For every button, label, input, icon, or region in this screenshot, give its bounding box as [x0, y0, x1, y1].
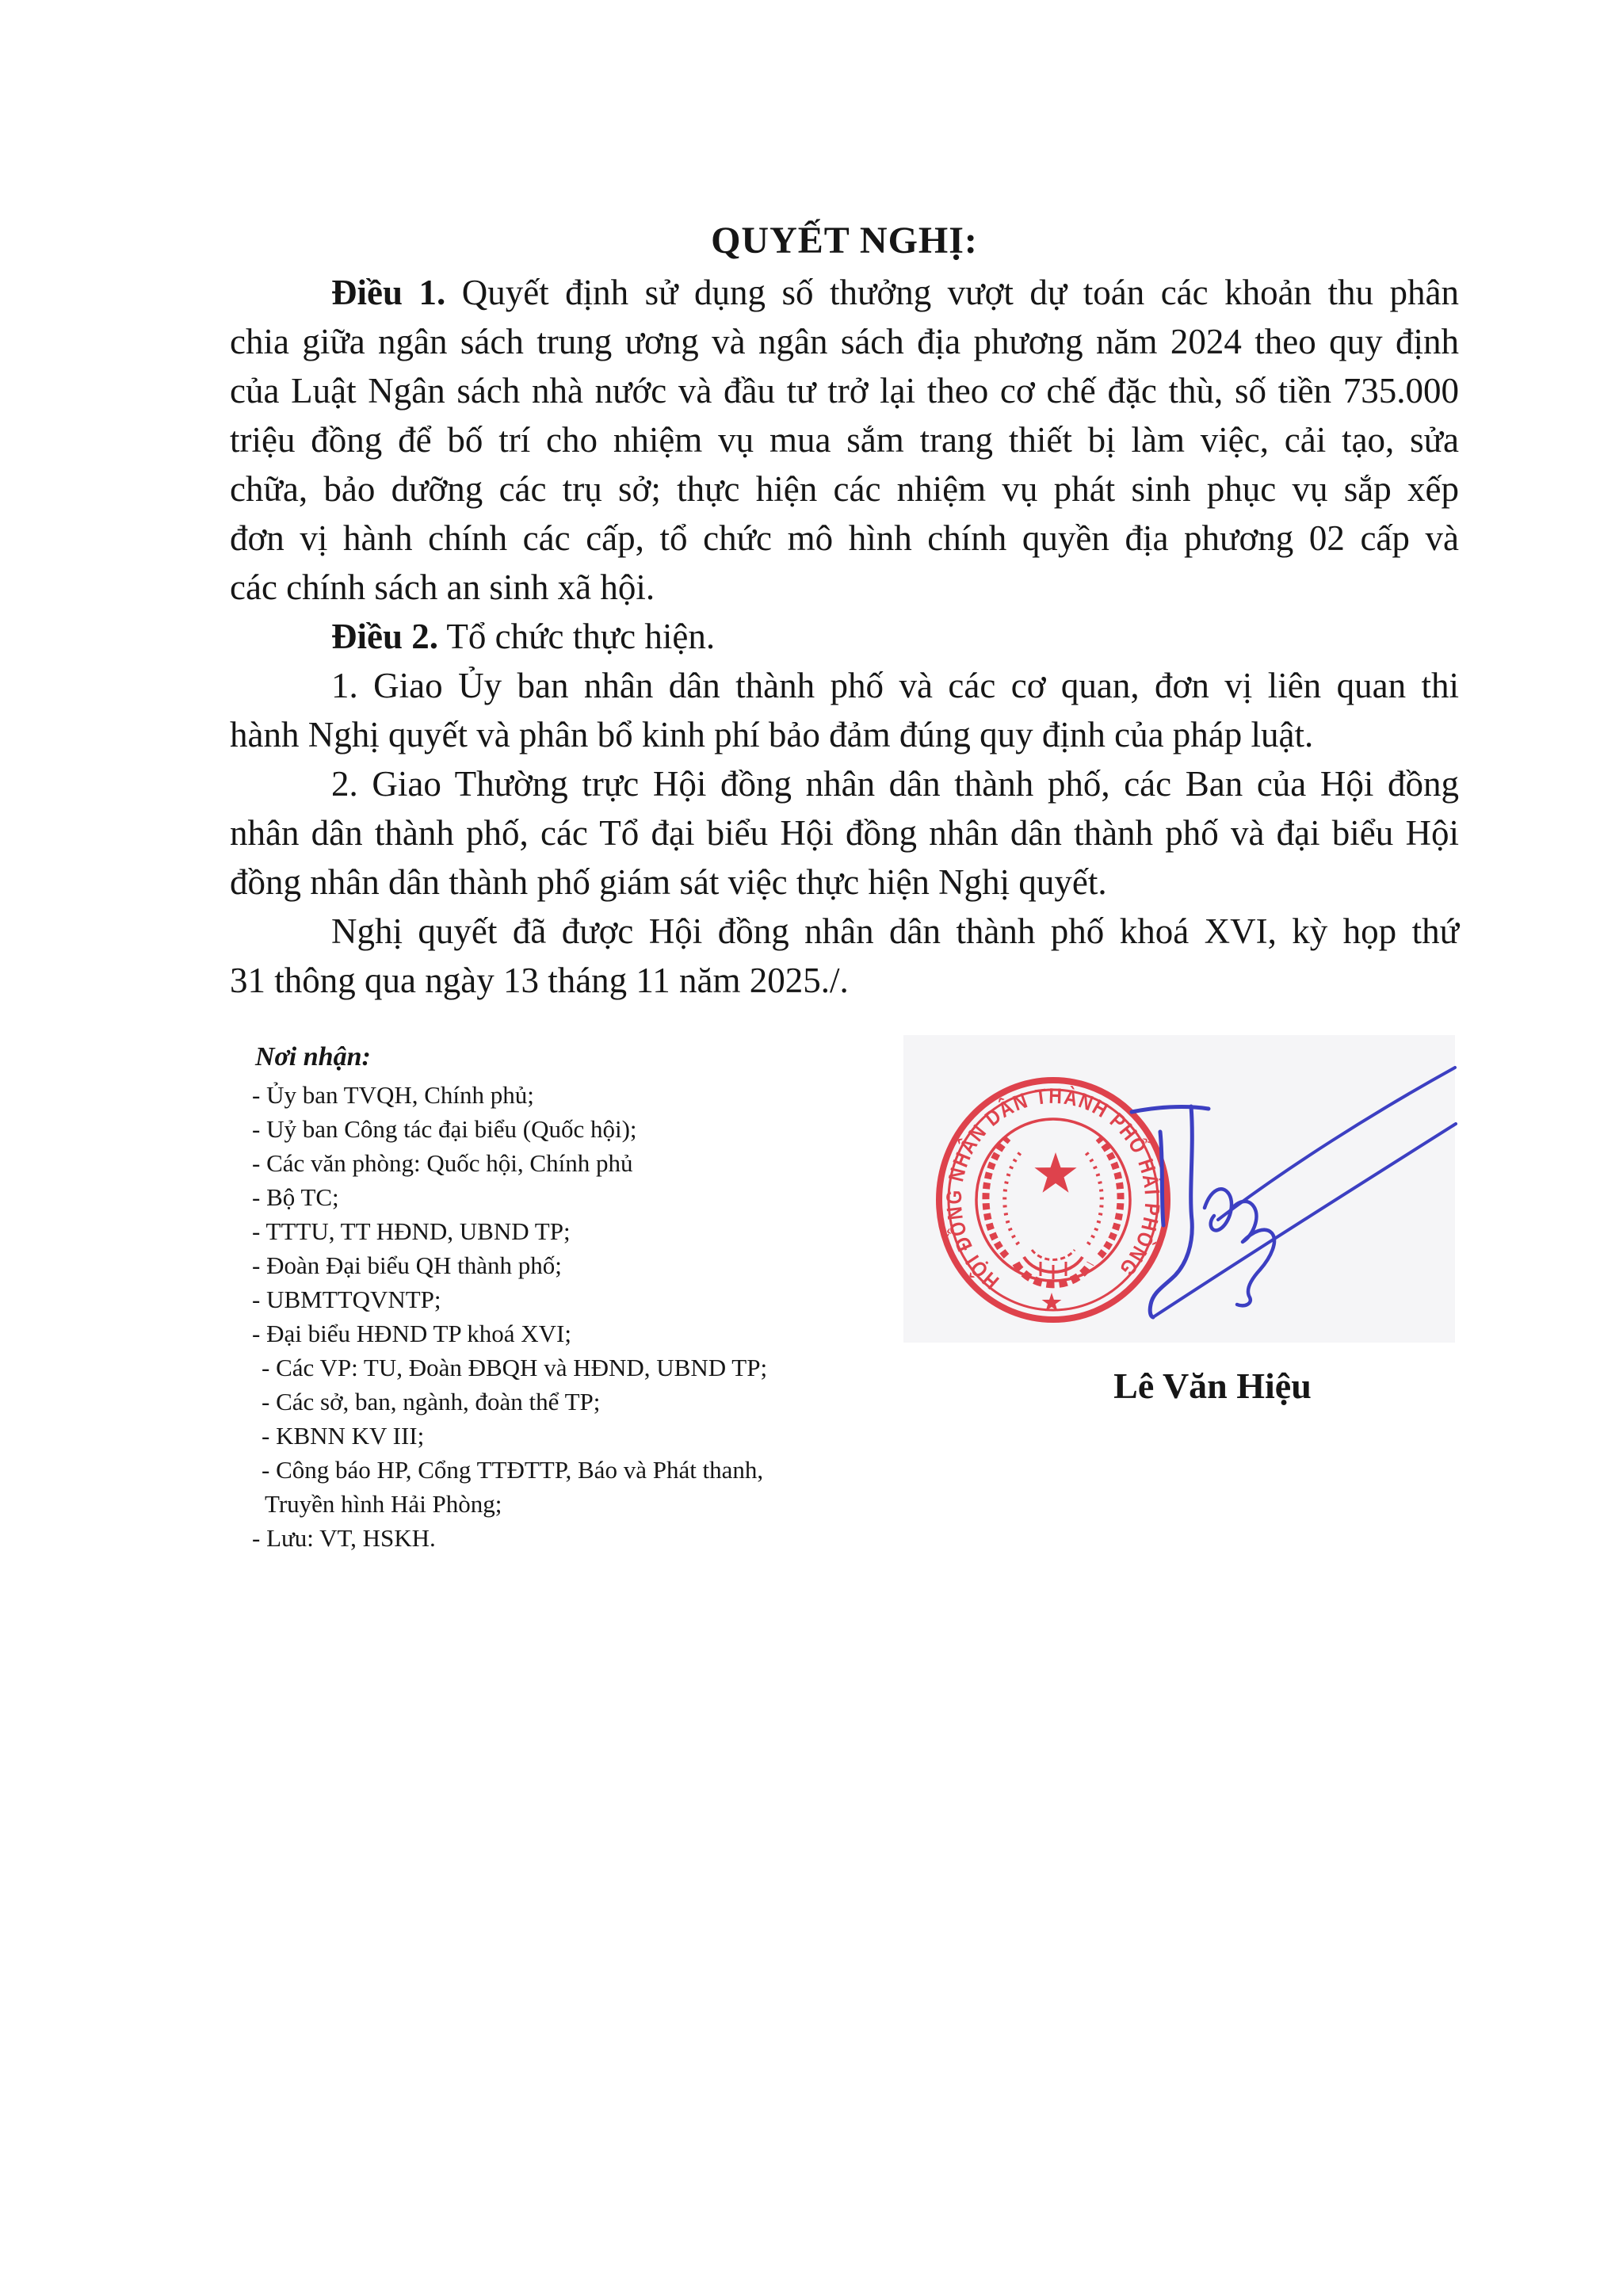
body-line: Nghị quyết đã được Hội đồng nhân dân thà…	[230, 907, 1459, 956]
body-text: Điều 1. Quyết định sử dụng số thưởng vượ…	[230, 268, 1459, 1005]
seal-and-signature: HỘI ĐỒNG NHÂN DÂN THÀNH PHỐ HẢI PHÒNG	[856, 1014, 1585, 1395]
body-line: đồng nhân dân thành phố giám sát việc th…	[230, 858, 1459, 907]
body-line-bold-prefix: Điều 2.	[331, 617, 438, 656]
recipient-item: - Công báo HP, Cổng TTĐTTP, Báo và Phát …	[252, 1453, 886, 1487]
recipient-item: - Các VP: TU, Đoàn ĐBQH và HĐND, UBND TP…	[252, 1350, 886, 1385]
recipient-item: - Lưu: VT, HSKH.	[252, 1521, 886, 1555]
recipient-item: - Bộ TC;	[252, 1180, 886, 1214]
body-line: 1. Giao Ủy ban nhân dân thành phố và các…	[230, 661, 1459, 710]
recipient-item: - Ủy ban TVQH, Chính phủ;	[252, 1078, 886, 1112]
body-line: nhân dân thành phố, các Tổ đại biểu Hội …	[230, 808, 1459, 858]
recipient-item: - TTTU, TT HĐND, UBND TP;	[252, 1214, 886, 1248]
recipient-item: - Các văn phòng: Quốc hội, Chính phủ	[252, 1146, 886, 1180]
document-page: QUYẾT NGHỊ: Điều 1. Quyết định sử dụng s…	[0, 0, 1623, 2296]
body-line: của Luật Ngân sách nhà nước và đầu tư tr…	[230, 366, 1459, 415]
recipient-item: Truyền hình Hải Phòng;	[252, 1487, 886, 1521]
signer-name: Lê Văn Hiệu	[1006, 1365, 1419, 1408]
body-line: 2. Giao Thường trực Hội đồng nhân dân th…	[230, 759, 1459, 808]
recipient-item: - Đoàn Đại biểu QH thành phố;	[252, 1248, 886, 1282]
body-line: Điều 2. Tổ chức thực hiện.	[230, 612, 1459, 661]
recipient-item: - KBNN KV III;	[252, 1419, 886, 1453]
recipient-item: - UBMTTQVNTP;	[252, 1282, 886, 1316]
body-line: hành Nghị quyết và phân bổ kinh phí bảo …	[230, 710, 1459, 759]
body-line: đơn vị hành chính các cấp, tổ chức mô hì…	[230, 514, 1459, 563]
body-line: triệu đồng để bố trí cho nhiệm vụ mua sắ…	[230, 415, 1459, 464]
recipient-item: - Đại biểu HĐND TP khoá XVI;	[252, 1316, 886, 1350]
page-title: QUYẾT NGHỊ:	[230, 212, 1459, 269]
recipient-item: - Các sở, ban, ngành, đoàn thể TP;	[252, 1385, 886, 1419]
body-line: các chính sách an sinh xã hội.	[230, 563, 1459, 612]
body-line: chia giữa ngân sách trung ương và ngân s…	[230, 317, 1459, 366]
recipients-label: Nơi nhận:	[255, 1040, 371, 1075]
recipients-list: - Ủy ban TVQH, Chính phủ;- Uỷ ban Công t…	[252, 1078, 886, 1555]
body-line: chữa, bảo dưỡng các trụ sở; thực hiện cá…	[230, 464, 1459, 514]
body-line-bold-prefix: Điều 1.	[331, 273, 445, 312]
recipient-item: - Uỷ ban Công tác đại biểu (Quốc hội);	[252, 1112, 886, 1146]
body-line: Điều 1. Quyết định sử dụng số thưởng vượ…	[230, 268, 1459, 317]
body-line: 31 thông qua ngày 13 tháng 11 năm 2025./…	[230, 956, 1459, 1005]
